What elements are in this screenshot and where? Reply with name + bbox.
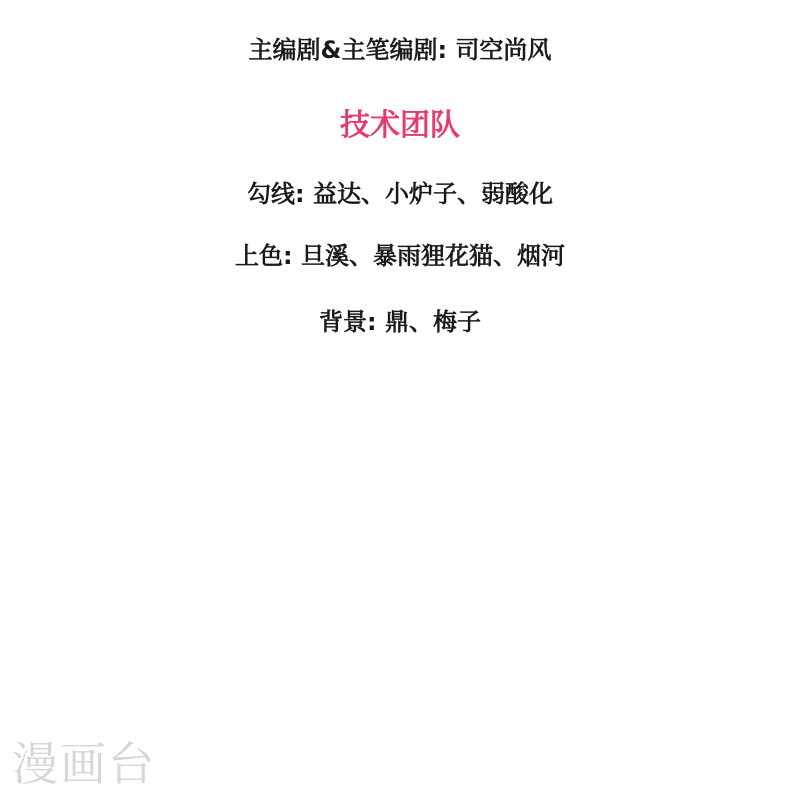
writer-credit: 主编剧&主笔编剧: 司空尚风: [0, 30, 800, 65]
watermark-logo: 漫画台: [12, 728, 156, 794]
background-credit: 背景: 鼎、梅子: [0, 302, 800, 337]
coloring-credit: 上色: 旦溪、暴雨狸花猫、烟河: [0, 236, 800, 271]
lineart-credit: 勾线: 益达、小炉子、弱酸化: [0, 174, 800, 209]
team-heading: 技术团队: [0, 100, 800, 144]
